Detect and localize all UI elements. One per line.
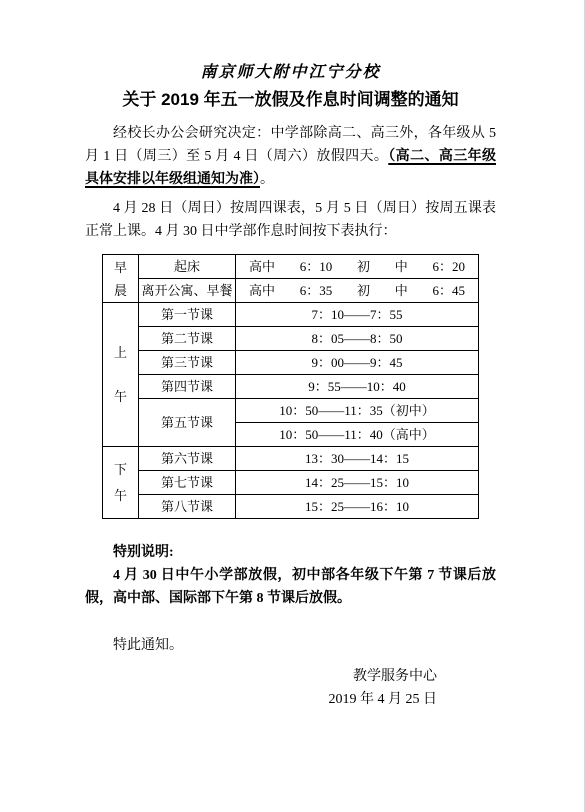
section-label: 早晨 — [114, 256, 128, 302]
period-label-cell: 第八节课 — [139, 495, 236, 519]
time-cell: 7：10——7：55 — [236, 303, 479, 327]
table-row: 离开公寓、早餐 高中6：35初中6：45 — [103, 279, 479, 303]
paragraph-class-arrangement: 4 月 28 日（周日）按周四课表，5 月 5 日（周日）按周五课表正常上课。4… — [85, 197, 496, 243]
table-row: 第八节课 15：25——16：10 — [103, 495, 479, 519]
period-label-cell: 起床 — [139, 255, 236, 279]
table-row: 下午 第六节课 13：30——14：15 — [103, 447, 479, 471]
table-row: 第四节课 9：55——10：40 — [103, 375, 479, 399]
section-cell-am: 上午 — [103, 303, 139, 447]
period-label-cell: 第三节课 — [139, 351, 236, 375]
school-name: 南京师大附中江宁分校 — [85, 62, 496, 84]
time-part: 初 — [357, 283, 370, 298]
signature-department: 教学服务中心 — [85, 665, 437, 688]
paragraph-holiday-decision: 经校长办公会研究决定：中学部除高二、高三外，各年级从 5 月 1 日（周三）至 … — [85, 122, 496, 191]
time-cell: 14：25——15：10 — [236, 471, 479, 495]
time-part: 中 — [395, 259, 408, 274]
special-note-body: 4 月 30 日中午小学部放假，初中部各年级下午第 7 节课后放假，高中部、国际… — [85, 564, 496, 610]
page-title: 关于 2019 年五一放假及作息时间调整的通知 — [85, 88, 496, 112]
table-row: 第三节课 9：00——9：45 — [103, 351, 479, 375]
section-cell-morning: 早晨 — [103, 255, 139, 303]
special-note-heading: 特别说明: — [85, 541, 496, 564]
closing-line: 特此通知。 — [85, 634, 496, 657]
notice-document-page: 南京师大附中江宁分校 关于 2019 年五一放假及作息时间调整的通知 经校长办公… — [0, 0, 585, 812]
section-cell-pm: 下午 — [103, 447, 139, 519]
period-label-cell: 离开公寓、早餐 — [139, 279, 236, 303]
time-split: 高中6：35初中6：45 — [236, 283, 478, 298]
section-label: 下午 — [114, 457, 128, 509]
table-row: 早晨 起床 高中6：10初中6：20 — [103, 255, 479, 279]
time-cell: 8：05——8：50 — [236, 327, 479, 351]
time-cell: 9：00——9：45 — [236, 351, 479, 375]
section-label: 上午 — [114, 331, 128, 419]
time-part: 初 — [357, 259, 370, 274]
table-row: 第七节课 14：25——15：10 — [103, 471, 479, 495]
signature-date: 2019 年 4 月 25 日 — [85, 688, 437, 711]
signature-block: 教学服务中心 2019 年 4 月 25 日 — [85, 665, 496, 711]
time-cell: 10：50——11：35（初中） — [236, 399, 479, 423]
time-cell: 10：50——11：40（高中） — [236, 423, 479, 447]
schedule-table: 早晨 起床 高中6：10初中6：20 离开公寓、早餐 高中6：35初中6：45 … — [102, 254, 479, 519]
time-part: 6：20 — [432, 259, 465, 274]
table-row: 第五节课 10：50——11：35（初中） — [103, 399, 479, 423]
period-label-cell: 第一节课 — [139, 303, 236, 327]
time-part: 6：10 — [300, 259, 333, 274]
period-label-cell: 第二节课 — [139, 327, 236, 351]
period-label-cell: 第六节课 — [139, 447, 236, 471]
time-cell: 高中6：35初中6：45 — [236, 279, 479, 303]
time-part: 6：45 — [432, 283, 465, 298]
paragraph-end-punctuation: 。 — [260, 172, 274, 187]
period-label-cell: 第五节课 — [139, 399, 236, 447]
table-row: 第二节课 8：05——8：50 — [103, 327, 479, 351]
time-part: 中 — [395, 283, 408, 298]
time-cell: 9：55——10：40 — [236, 375, 479, 399]
period-label-cell: 第七节课 — [139, 471, 236, 495]
time-part: 6：35 — [300, 283, 333, 298]
time-part: 高中 — [249, 283, 275, 298]
time-part: 高中 — [249, 259, 275, 274]
time-cell: 高中6：10初中6：20 — [236, 255, 479, 279]
table-row: 上午 第一节课 7：10——7：55 — [103, 303, 479, 327]
time-cell: 13：30——14：15 — [236, 447, 479, 471]
period-label-cell: 第四节课 — [139, 375, 236, 399]
time-split: 高中6：10初中6：20 — [236, 259, 478, 274]
time-cell: 15：25——16：10 — [236, 495, 479, 519]
